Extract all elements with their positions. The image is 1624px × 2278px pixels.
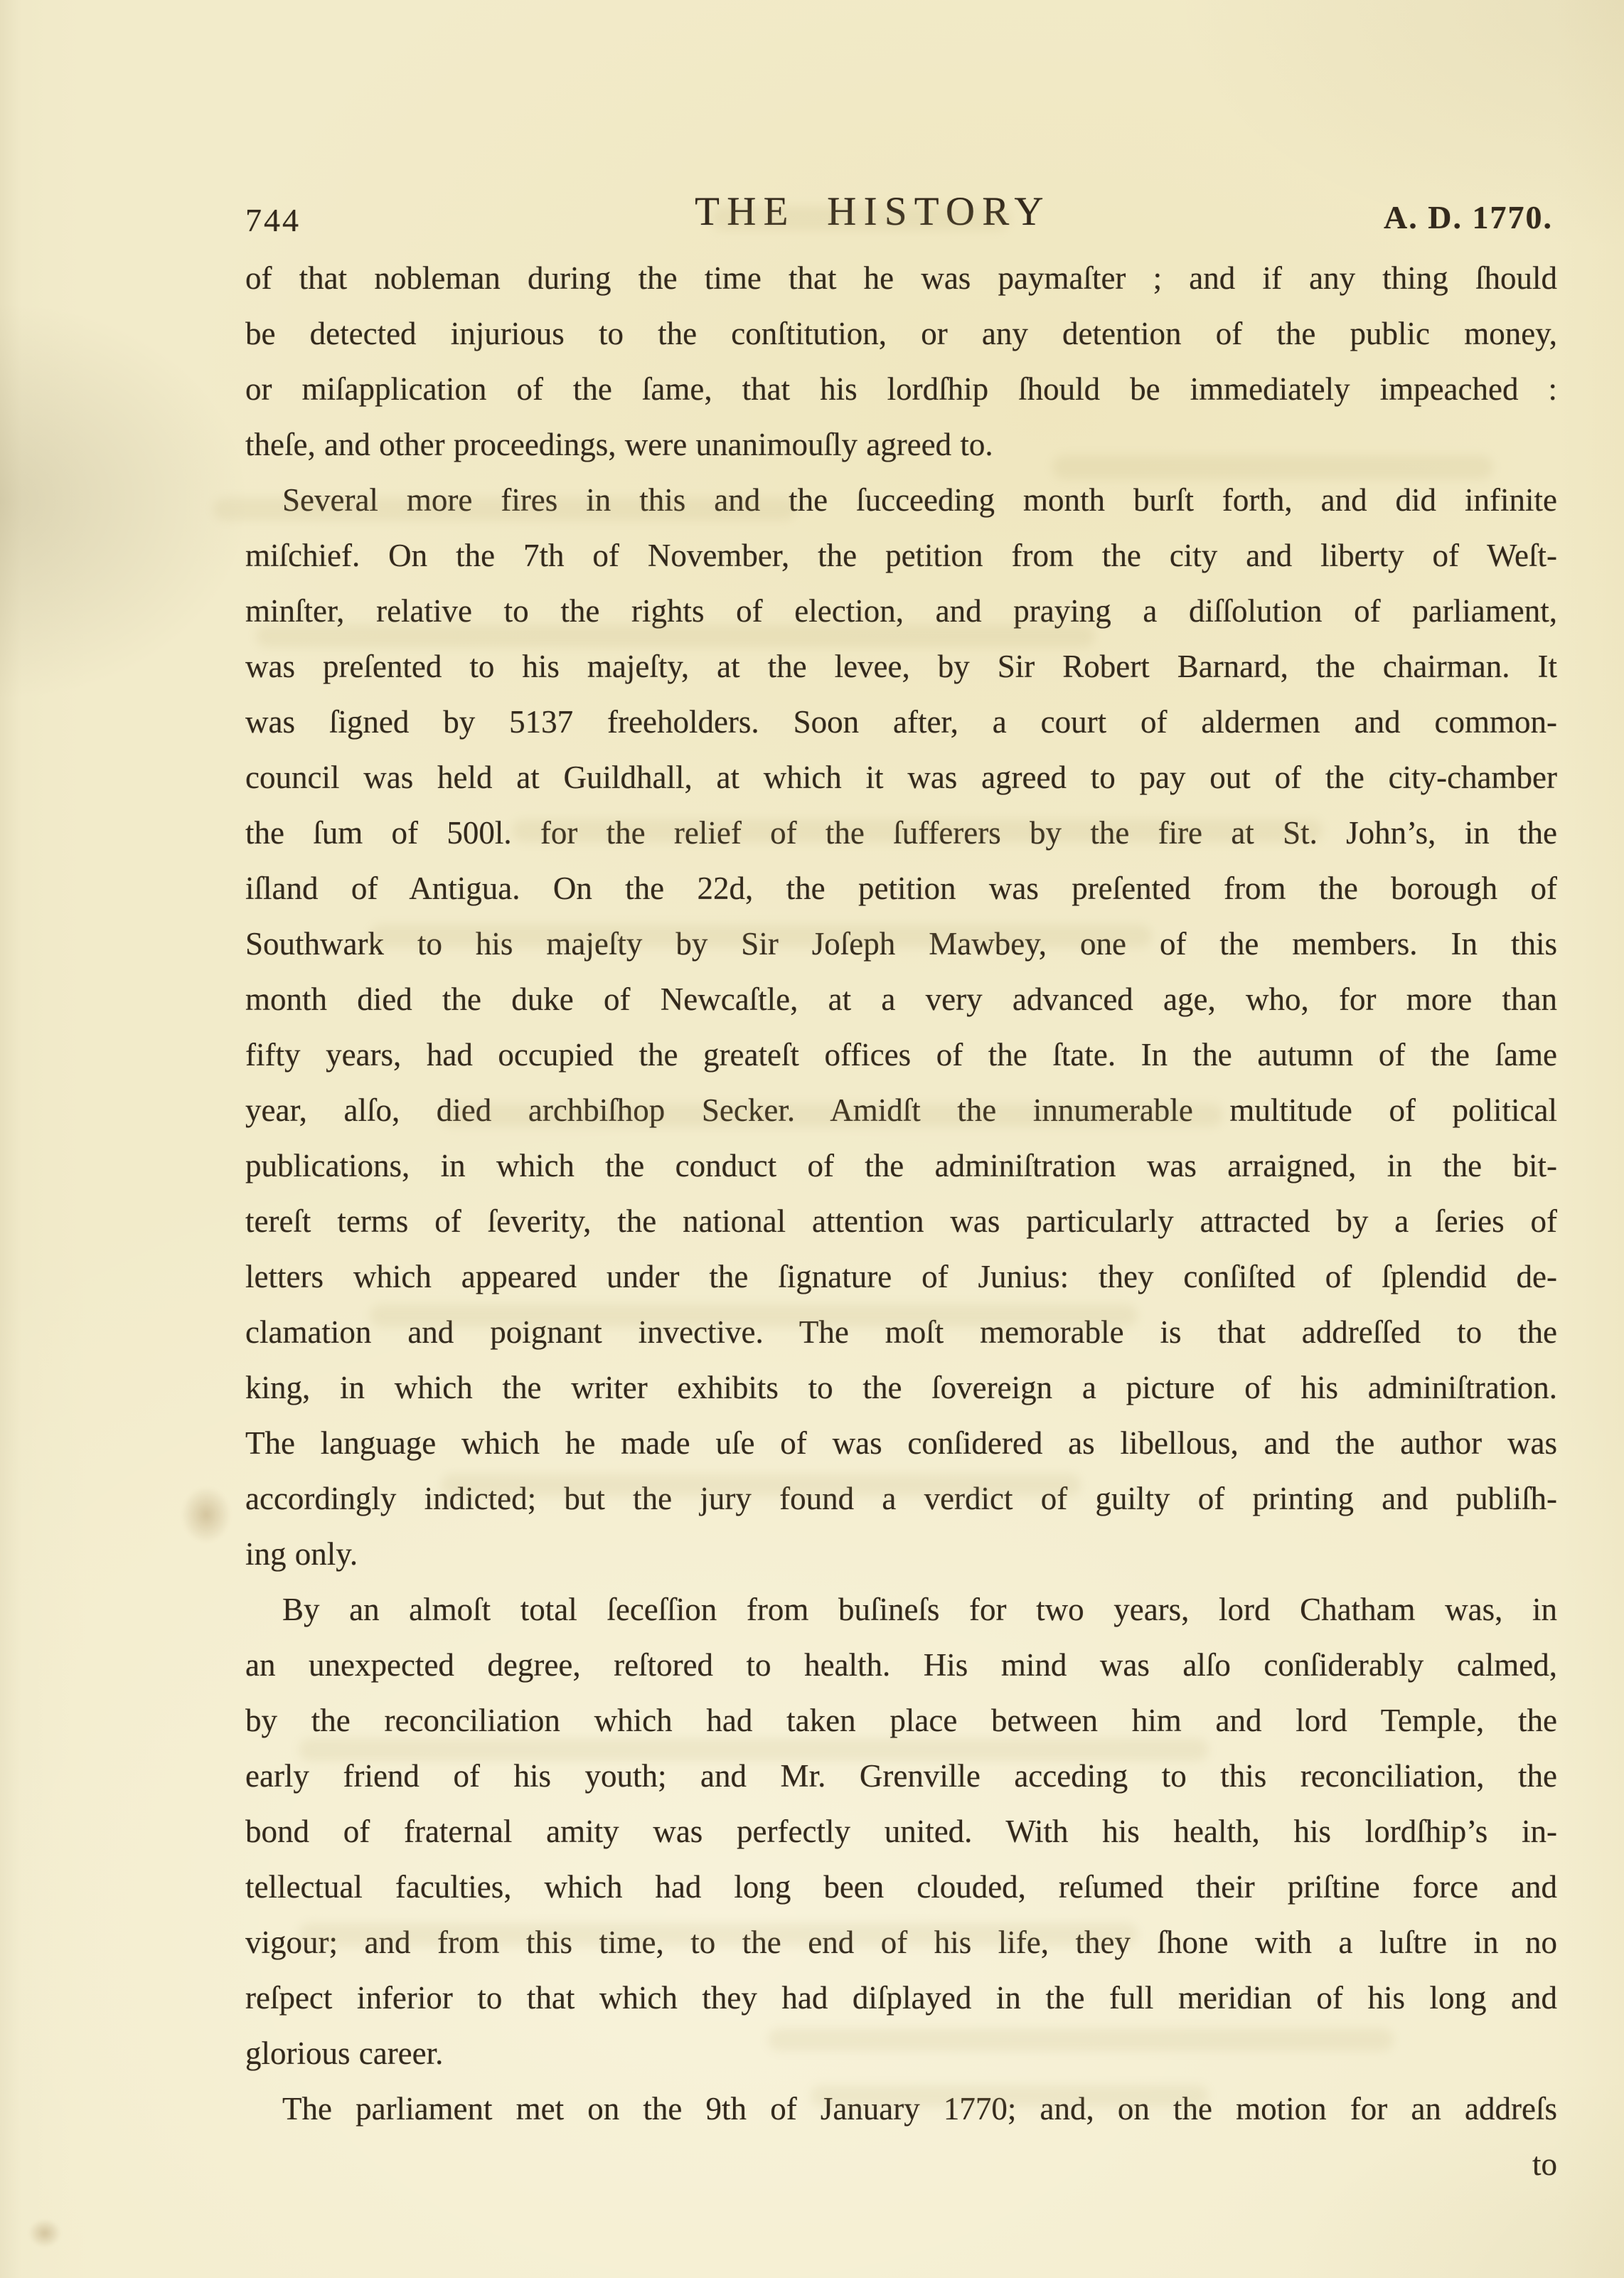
text-line: miſchief. On the 7th of November, the pe… <box>245 528 1557 583</box>
book-page: 744 THE HISTORY A. D. 1770. of that nobl… <box>0 0 1624 2278</box>
text-line: reſpect inferior to that which they had … <box>245 1970 1557 2026</box>
text-line: by the reconciliation which had taken pl… <box>245 1693 1557 1748</box>
catchword: to <box>245 2136 1557 2192</box>
text-line: the ſum of 500l. for the relief of the ſ… <box>245 805 1557 861</box>
text-line: of that nobleman during the time that he… <box>245 250 1557 306</box>
text-block: of that nobleman during the time that he… <box>245 250 1557 2136</box>
text-line: ing only. <box>245 1526 1557 1582</box>
text-line: Several more fires in this and the ſucce… <box>245 472 1557 528</box>
text-line: theſe, and other proceedings, were unani… <box>245 417 1557 472</box>
text-line: iſland of Antigua. On the 22d, the petit… <box>245 861 1557 916</box>
year-annotation: A. D. 1770. <box>1384 198 1553 236</box>
text-line: council was held at Guildhall, at which … <box>245 750 1557 805</box>
text-line: was ſigned by 5137 freeholders. Soon aft… <box>245 694 1557 750</box>
paper-stain <box>181 1486 231 1543</box>
running-title: THE HISTORY <box>245 188 1500 235</box>
text-line: tellectual faculties, which had long bee… <box>245 1859 1557 1915</box>
text-line: clamation and poignant invective. The mo… <box>245 1304 1557 1360</box>
text-line: or miſapplication of the ſame, that his … <box>245 361 1557 417</box>
text-line: king, in which the writer exhibits to th… <box>245 1360 1557 1415</box>
text-line: The language which he made uſe of was co… <box>245 1415 1557 1471</box>
text-line: be detected injurious to the conſtitutio… <box>245 306 1557 361</box>
text-line: letters which appeared under the ſignatu… <box>245 1249 1557 1304</box>
text-line: tereſt terms of ſeverity, the national a… <box>245 1193 1557 1249</box>
text-line: year, alſo, died archbiſhop Secker. Amid… <box>245 1082 1557 1138</box>
text-line: an unexpected degree, reſtored to health… <box>245 1637 1557 1693</box>
text-line: early friend of his youth; and Mr. Grenv… <box>245 1748 1557 1804</box>
text-line: was preſented to his majeſty, at the lev… <box>245 639 1557 694</box>
text-line: accordingly indicted; but the jury found… <box>245 1471 1557 1526</box>
text-line: minſter, relative to the rights of elect… <box>245 583 1557 639</box>
text-line: month died the duke of Newcaſtle, at a v… <box>245 972 1557 1027</box>
text-line: publications, in which the conduct of th… <box>245 1138 1557 1193</box>
text-line: Southwark to his majeſty by Sir Joſeph M… <box>245 916 1557 972</box>
text-line: The parliament met on the 9th of January… <box>245 2081 1557 2136</box>
text-line: glorious career. <box>245 2026 1557 2081</box>
text-line: fifty years, had occupied the greateſt o… <box>245 1027 1557 1082</box>
text-line: By an almoſt total ſeceſſion from buſine… <box>245 1582 1557 1637</box>
text-line: vigour; and from this time, to the end o… <box>245 1915 1557 1970</box>
page-header: 744 THE HISTORY A. D. 1770. <box>245 179 1557 235</box>
paper-stain <box>28 2219 61 2247</box>
text-line: bond of fraternal amity was perfectly un… <box>245 1804 1557 1859</box>
